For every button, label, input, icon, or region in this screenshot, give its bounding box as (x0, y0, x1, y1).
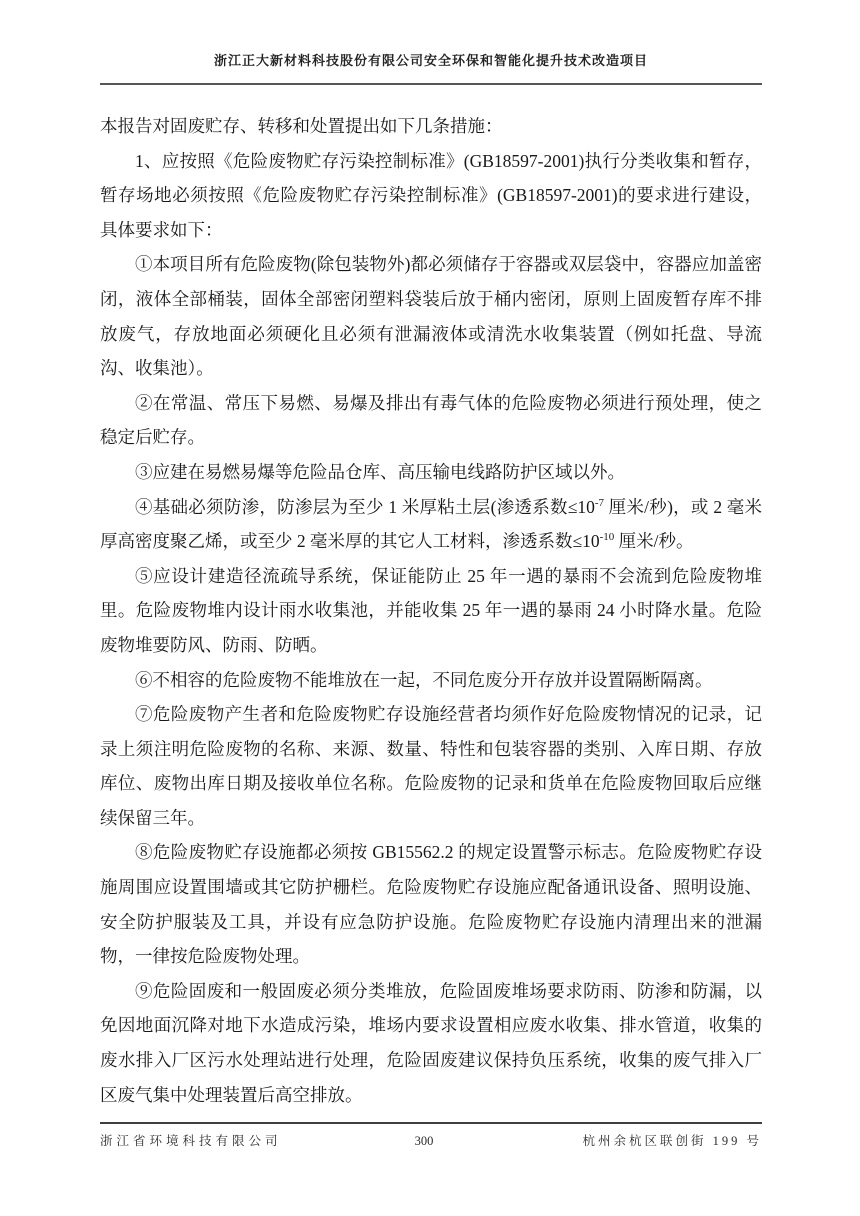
paragraph: ④基础必须防渗，防渗层为至少 1 米厚粘土层(渗透系数≤10-7 厘米/秒)，或… (100, 490, 762, 559)
footer-page-number: 300 (415, 1134, 434, 1149)
footer-address: 杭州余杭区联创街 199 号 (582, 1131, 762, 1149)
paragraph: ⑧危险废物贮存设施都必须按 GB15562.2 的规定设置警示标志。危险废物贮存… (100, 835, 762, 973)
superscript-exponent: -7 (595, 497, 604, 509)
document-body: 本报告对固废贮存、转移和处置提出如下几条措施：1、应按照《危险废物贮存污染控制标… (100, 109, 762, 1112)
header-title: 浙江正大新材料科技股份有限公司安全环保和智能化提升技术改造项目 (100, 52, 762, 70)
footer-company-name: 浙江省环境科技有限公司 (100, 1131, 282, 1149)
footer-rule (100, 1122, 762, 1124)
footer-row: 浙江省环境科技有限公司 300 杭州余杭区联创街 199 号 (100, 1131, 762, 1149)
paragraph: ⑥不相容的危险废物不能堆放在一起，不同危废分开存放并设置隔断隔离。 (100, 663, 762, 698)
page-footer: 浙江省环境科技有限公司 300 杭州余杭区联创街 199 号 (100, 1122, 762, 1149)
paragraph: ②在常温、常压下易燃、易爆及排出有毒气体的危险废物必须进行预处理，使之稳定后贮存… (100, 386, 762, 455)
paragraph: ③应建在易燃易爆等危险品仓库、高压输电线路防护区域以外。 (100, 455, 762, 490)
paragraph: ⑨危险固废和一般固废必须分类堆放，危险固废堆场要求防雨、防渗和防漏，以免因地面沉… (100, 974, 762, 1112)
paragraph: 1、应按照《危险废物贮存污染控制标准》(GB18597-2001)执行分类收集和… (100, 144, 762, 248)
superscript-exponent: -10 (600, 531, 615, 543)
document-page: 浙江正大新材料科技股份有限公司安全环保和智能化提升技术改造项目 本报告对固废贮存… (0, 0, 860, 1216)
paragraph: ⑤应设计建造径流疏导系统，保证能防止 25 年一遇的暴雨不会流到危险废物堆里。危… (100, 559, 762, 663)
paragraph: 本报告对固废贮存、转移和处置提出如下几条措施： (100, 109, 762, 144)
paragraph: ①本项目所有危险废物(除包装物外)都必须储存于容器或双层袋中，容器应加盖密闭，液… (100, 247, 762, 385)
header-rule (100, 83, 762, 85)
page-header: 浙江正大新材料科技股份有限公司安全环保和智能化提升技术改造项目 (100, 0, 762, 85)
paragraph: ⑦危险废物产生者和危险废物贮存设施经营者均须作好危险废物情况的记录，记录上须注明… (100, 697, 762, 835)
